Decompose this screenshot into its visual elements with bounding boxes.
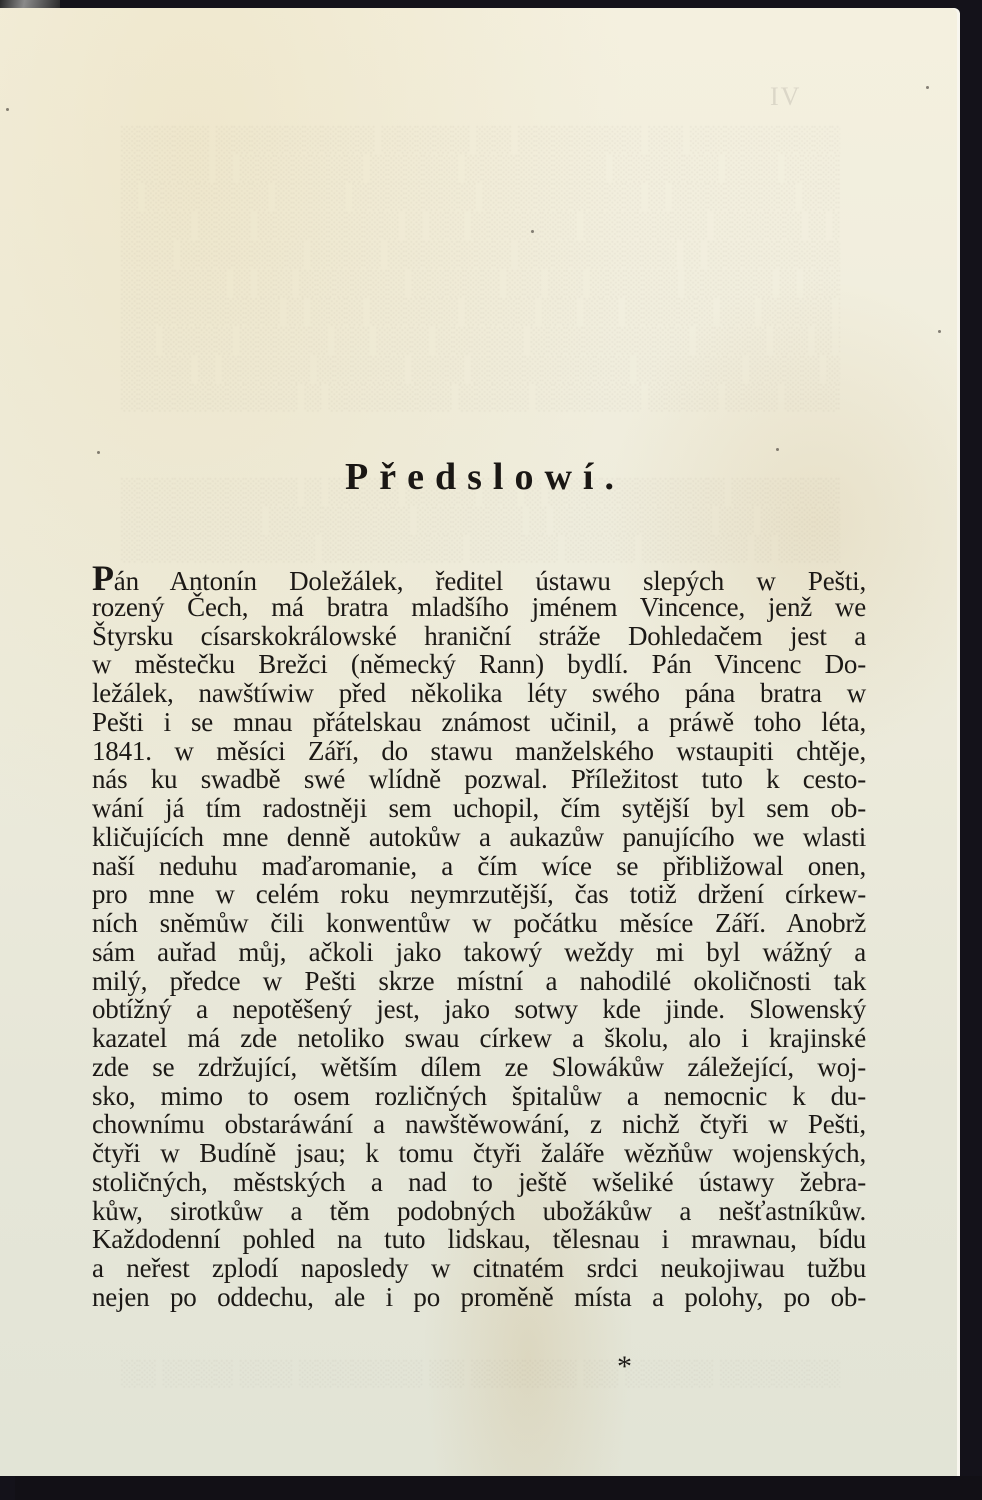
text-line: Pešti i se mnau přátelskau známost učini…	[92, 708, 866, 737]
dust-speck	[938, 330, 941, 333]
text-line: naší neduhu maďaromanie, a čím wíce se p…	[92, 852, 866, 881]
text-line: obtížný a nepotěšený jest, jako sotwy kd…	[92, 995, 866, 1024]
text-line: kazatel má zde netoliko swau církew a šk…	[92, 1024, 866, 1053]
text-line: nejen po oddechu, ale i po proměně místa…	[92, 1283, 866, 1312]
text-line: kličujících mne denně autokůw a aukazůw …	[92, 823, 866, 852]
text-line: Pán Antonín Doležálek, ředitel ústawu sl…	[92, 564, 866, 593]
text-line: sko, mimo to osem rozličných špitalůw a …	[92, 1082, 866, 1111]
page-number-showthrough: IV	[770, 82, 801, 112]
text-line: w městečku Brežci (německý Rann) bydlí. …	[92, 650, 866, 679]
text-line: stoličných, městských a nad to ještě wše…	[92, 1168, 866, 1197]
text-line: zde se zdržující, wětším dílem ze Slowák…	[92, 1053, 866, 1082]
text-line: Každodenní pohled na tuto lidskau, těles…	[92, 1225, 866, 1254]
text-line: čtyři w Budíně jsau; k tomu čtyři žaláře…	[92, 1139, 866, 1168]
text-line: ních sněmůw čili konwentůw w počátku měs…	[92, 909, 866, 938]
dust-speck	[531, 230, 534, 233]
text-line: a neřest zplodí naposledy w citnatém srd…	[92, 1254, 866, 1283]
showthrough-texture: ░░ ░░░░ ░░░ ░░░░░░░ ░░ ░░░░░░ ░░ ░░░░░ ░…	[120, 1360, 840, 1390]
text-line: nás ku swadbě swé wlídně pozwal. Příleži…	[92, 765, 866, 794]
dust-speck	[776, 448, 779, 451]
scanned-page-view: IV ░░░░░ ░░░░░░░░░ ░░░░░ ░░ ░░░░░░░ ░░ ░…	[0, 0, 982, 1500]
text-line: kůw, sirotkůw a těm podobných ubožákůw a…	[92, 1197, 866, 1226]
text-line: milý, předce w Pešti skrze místní a naho…	[92, 967, 866, 996]
text-line: Štyrsku císarskokrálowské hraniční stráž…	[92, 622, 866, 651]
book-page: IV ░░░░░ ░░░░░░░░░ ░░░░░ ░░ ░░░░░░░ ░░ ░…	[0, 8, 960, 1476]
text-line: wání já tím radostněji sem uchopil, čím …	[92, 794, 866, 823]
text-line: 1841. w měsíci Září, do stawu manželskéh…	[92, 737, 866, 766]
text-line: pro mne w celém roku neymrzutější, čas t…	[92, 880, 866, 909]
signature-mark: *	[617, 1350, 632, 1384]
dust-speck	[97, 451, 100, 454]
text-line: rozený Čech, má bratra mladšího jménem V…	[92, 593, 866, 622]
body-paragraph: Pán Antonín Doležálek, ředitel ústawu sl…	[92, 564, 866, 1312]
text-line: chownímu obstaráwání a nawštěwowání, z n…	[92, 1110, 866, 1139]
scan-bottom-edge	[15, 1476, 982, 1500]
text-line: sám auřad můj, ačkoli jako takowý weždy …	[92, 938, 866, 967]
showthrough-texture: ░░░░░ ░░░░░░░░░ ░░░░░ ░░ ░░░░░░░ ░░ ░░░░…	[120, 126, 840, 426]
dust-speck	[926, 86, 929, 89]
text-line: ležálek, nawštíwiw před několika léty sw…	[92, 679, 866, 708]
chapter-title: Předslowí.	[0, 455, 960, 499]
dust-speck	[6, 108, 9, 111]
